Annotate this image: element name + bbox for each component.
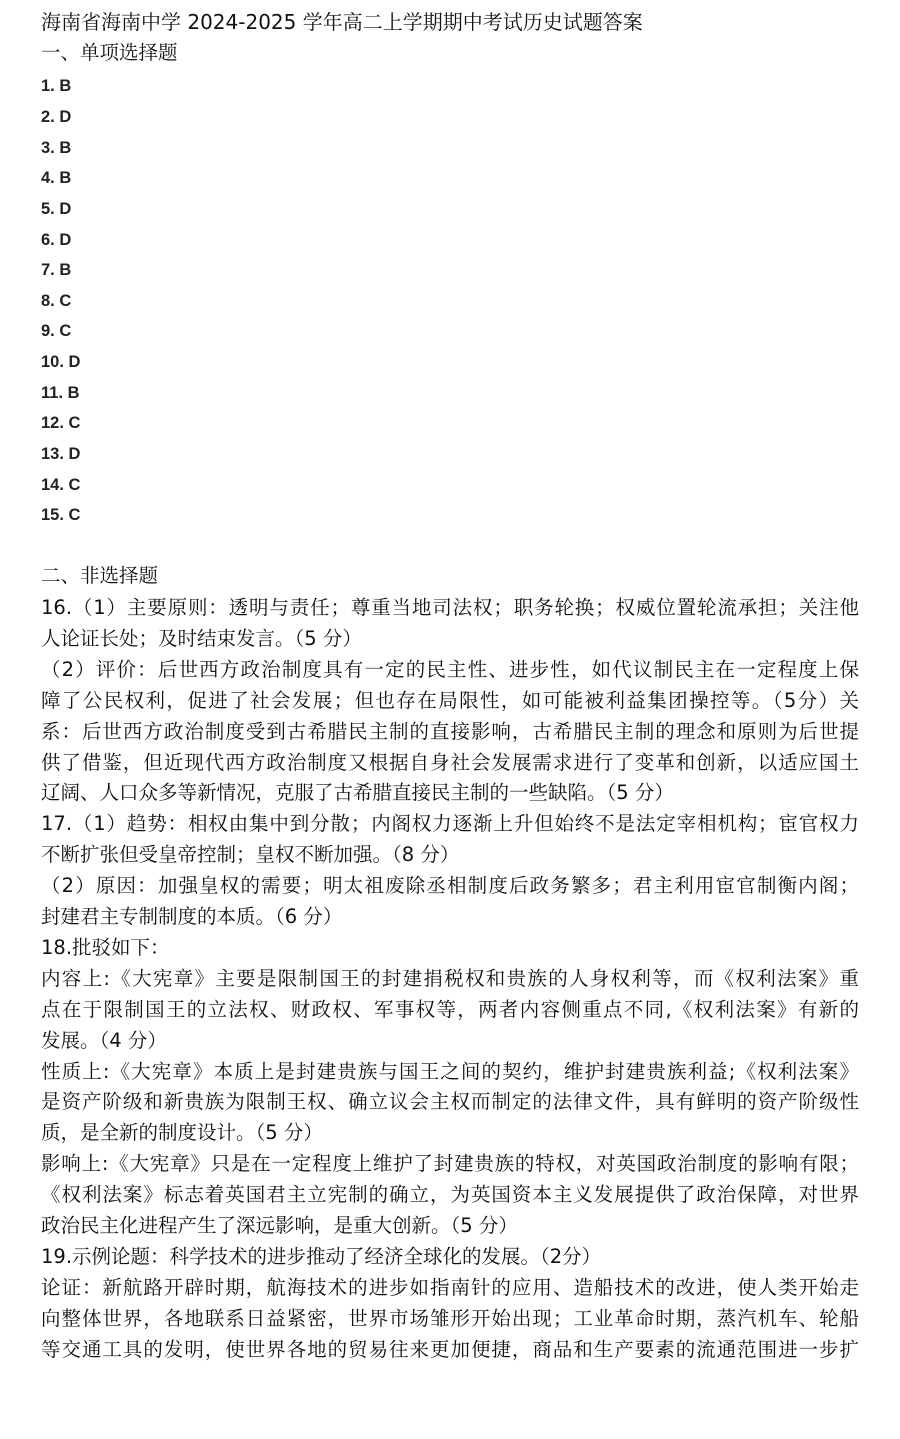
answer-item: 13. D [41,442,80,466]
answer-text-line: 等交通工具的发明，使世界各地的贸易往来更加便捷，商品和生产要素的流通范围进一步扩 [41,1338,859,1362]
answer-number: 13. [41,445,64,463]
answer-number: 2. [41,108,55,126]
answer-number: 6. [41,231,55,249]
answer-choice: B [59,77,71,95]
answer-choice: D [59,200,71,218]
answer-item: 4. B [41,166,71,190]
answer-text-line: 不断扩张但受皇帝控制；皇权不断加强。（8 分） [41,843,459,867]
answer-text-line: 是资产阶级和新贵族为限制王权、确立议会主权而制定的法律文件，具有鲜明的资产阶级性 [41,1090,859,1114]
answer-number: 14. [41,476,64,494]
answer-text-line: 障了公民权利，促进了社会发展；但也存在局限性，如可能被利益集团操控等。（5分）关 [41,689,859,713]
answer-item: 7. B [41,258,71,282]
section-heading-free-response: 二、非选择题 [41,564,158,588]
answer-text-line: 《权利法案》标志着英国君主立宪制的确立，为英国资本主义发展提供了政治保障，对世界 [41,1183,859,1207]
answer-text-line: 18.批驳如下： [41,936,170,960]
answer-text-line: 封建君主专制制度的本质。（6 分） [41,905,342,929]
answer-number: 15. [41,506,64,524]
answer-text-line: 辽阔、人口众多等新情况，克服了古希腊直接民主制的一些缺陷。（5 分） [41,781,674,805]
answer-number: 7. [41,261,55,279]
answer-choice: B [68,384,80,402]
answer-text-line: 16.（1）主要原则：透明与责任；尊重当地司法权；职务轮换；权威位置轮流承担；关… [41,596,859,620]
answer-text-line: 点在于限制国王的立法权、财政权、军事权等，两者内容侧重点不同,《权利法案》有新的 [41,998,859,1022]
answer-text-line: （2）评价：后世西方政治制度具有一定的民主性、进步性，如代议制民主在一定程度上保 [41,658,859,682]
answer-text-line: 质，是全新的制度设计。（5 分） [41,1121,323,1145]
answer-item: 6. D [41,228,71,252]
answer-text-line: 政治民主化进程产生了深远影响，是重大创新。（5 分） [41,1214,518,1238]
document-title: 海南省海南中学 2024-2025 学年高二上学期期中考试历史试题答案 [41,10,643,34]
answer-item: 8. C [41,289,71,313]
answer-number: 8. [41,292,55,310]
answer-number: 10. [41,353,64,371]
answer-number: 1. [41,77,55,95]
answer-item: 5. D [41,197,71,221]
answer-choice: D [59,231,71,249]
answer-choice: C [69,506,81,524]
answer-text-line: 发展。（4 分） [41,1029,167,1053]
answer-choice: B [59,261,71,279]
answer-choice: C [59,292,71,310]
answer-text-line: 论证：新航路开辟时期，航海技术的进步如指南针的应用、造船技术的改进，使人类开始走 [41,1276,859,1300]
answer-item: 11. B [41,381,80,405]
answer-number: 3. [41,139,55,157]
answer-choice: C [59,322,71,340]
answer-text-line: 供了借鉴，但近现代西方政治制度又根据自身社会发展需求进行了变革和创新，以适应国土 [41,751,859,775]
section-heading-multiple-choice: 一、单项选择题 [41,41,178,65]
answer-item: 12. C [41,411,80,435]
answer-number: 5. [41,200,55,218]
answer-number: 12. [41,414,64,432]
answer-item: 2. D [41,105,71,129]
answer-choice: C [69,476,81,494]
answer-item: 10. D [41,350,80,374]
answer-text-line: 17.（1）趋势：相权由集中到分散；内阁权力逐渐上升但始终不是法定宰相机构；宦官… [41,812,859,836]
answer-item: 1. B [41,74,71,98]
answer-choice: B [59,169,71,187]
answer-text-line: 系：后世西方政治制度受到古希腊民主制的直接影响，古希腊民主制的理念和原则为后世提 [41,720,859,744]
answer-choice: D [69,445,81,463]
answer-text-line: 影响上:《大宪章》只是在一定程度上维护了封建贵族的特权，对英国政治制度的影响有限… [41,1152,859,1176]
answer-text-line: 向整体世界，各地联系日益紧密，世界市场雏形开始出现；工业革命时期，蒸汽机车、轮船 [41,1307,859,1331]
answer-item: 14. C [41,473,80,497]
answer-item: 3. B [41,136,71,160]
answer-text-line: 人论证长处；及时结束发言。（5 分） [41,627,362,651]
answer-choice: D [59,108,71,126]
answer-number: 4. [41,169,55,187]
answer-choice: D [69,353,81,371]
answer-item: 15. C [41,503,80,527]
answer-item: 9. C [41,319,71,343]
answer-number: 11. [41,384,63,402]
answer-text-line: 性质上:《大宪章》本质上是封建贵族与国王之间的契约，维护封建贵族利益;《权利法案… [41,1060,859,1084]
answer-text-line: 19.示例论题：科学技术的进步推动了经济全球化的发展。（2分） [41,1245,601,1269]
answer-number: 9. [41,322,55,340]
answer-choice: C [69,414,81,432]
answer-text-line: （2）原因：加强皇权的需要；明太祖废除丞相制度后政务繁多；君主利用宦官制衡内阁； [41,874,859,898]
answer-choice: B [59,139,71,157]
answer-text-line: 内容上:《大宪章》主要是限制国王的封建捐税权和贵族的人身权利等，而《权利法案》重 [41,967,859,991]
